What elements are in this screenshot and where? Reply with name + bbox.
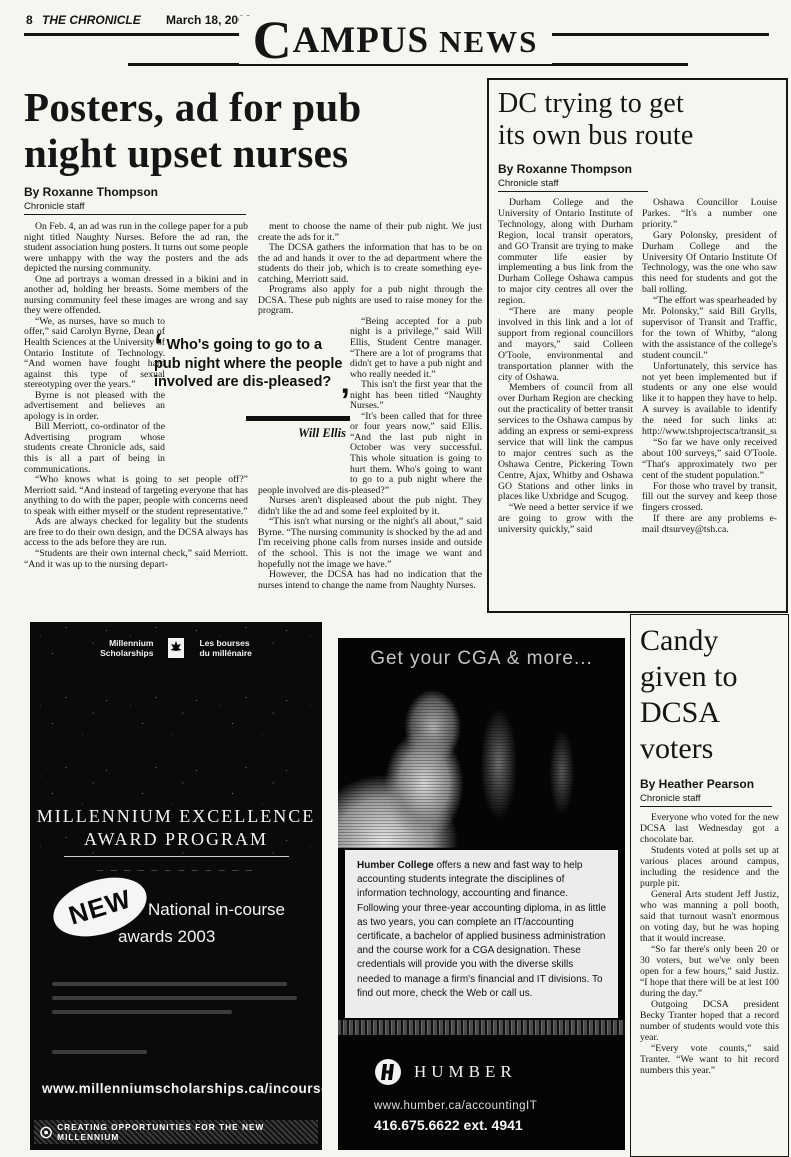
pull-quote-rule: [246, 416, 350, 421]
paragraph: Members of council from all over Durham …: [498, 383, 633, 503]
newspaper-page: 8 THE CHRONICLE March 18, 2003 CAMPUSNEW…: [0, 0, 791, 1157]
section-masthead: CAMPUSNEWS: [0, 16, 791, 64]
paragraph: For those who travel by transit, fill ou…: [642, 482, 777, 515]
paragraph: Students voted at polls set up at variou…: [640, 845, 779, 889]
paragraph: “The effort was spearheaded by Mr. Polon…: [642, 296, 777, 361]
paragraph: “Who knows what is going to set people o…: [24, 475, 248, 517]
paragraph: “We need a better service if we are goin…: [498, 503, 633, 536]
paragraph: “There are many people involved in this …: [498, 307, 633, 383]
canada-flag-icon: [161, 638, 191, 658]
humber-ad-tagline: Get your CGA & more...: [338, 648, 625, 670]
illegible-text-bar: [52, 996, 297, 1000]
masthead-word2: NEWS: [439, 24, 538, 59]
pull-quote-text: Who's going to go to a pub night where t…: [154, 337, 343, 390]
candy-body: Everyone who voted for the new DCSA last…: [640, 812, 779, 1076]
program-name-line2: awards 2003: [118, 927, 215, 947]
paragraph: Oshawa Councillor Louise Parkes. “It's a…: [642, 198, 777, 231]
paragraph: “Every vote counts,” said Tranter. “We w…: [640, 1043, 779, 1076]
humber-ad-body: Humber College offers a new and fast way…: [345, 850, 618, 1018]
paragraph: “So far there's only been 20 or 30 voter…: [640, 944, 779, 999]
humber-ad-photo: [338, 680, 625, 848]
humber-ad-phone: 416.675.6622 ext. 4941: [374, 1117, 523, 1133]
millennium-logo-text-fr: Les bourses du millénaire: [199, 638, 251, 658]
article-candy-voters: Candy given to DCSA voters By Heather Pe…: [630, 614, 789, 1157]
paragraph: “Students are their own internal check,”…: [24, 549, 248, 570]
article-bus-route: DC trying to get its own bus route By Ro…: [487, 78, 788, 613]
paragraph: Programs also apply for a pub night thro…: [258, 285, 482, 317]
illegible-text-bar: [52, 1050, 147, 1054]
paragraph: Durham College and the University of Ont…: [498, 198, 633, 307]
paragraph: Outgoing DCSA president Becky Tranter ho…: [640, 999, 779, 1043]
paragraph: If there are any problems e-mail dtsurve…: [642, 514, 777, 536]
millennium-footer-icon: [40, 1126, 52, 1139]
humber-brand-name: HUMBER: [414, 1062, 517, 1082]
paragraph: The DCSA gathers the information that ha…: [258, 243, 482, 285]
paragraph: One ad portrays a woman dressed in a bik…: [24, 275, 248, 317]
paragraph: However, the DCSA has had no indication …: [258, 570, 482, 591]
paragraph: On Feb. 4, an ad was run in the college …: [24, 222, 248, 275]
paragraph: General Arts student Jeff Justiz, who wa…: [640, 889, 779, 944]
masthead-initial: C: [253, 10, 293, 70]
lead-columns: On Feb. 4, an ad was run in the college …: [24, 222, 482, 612]
candy-headline: Candy given to DCSA voters: [640, 623, 779, 767]
humber-ad-url: www.humber.ca/accountingIT: [374, 1100, 537, 1112]
humber-logo-icon: [374, 1058, 402, 1086]
bus-column-1: Durham College and the University of Ont…: [498, 198, 633, 613]
bus-headline: DC trying to get its own bus route: [498, 88, 777, 152]
program-name-line1: National in-course: [148, 900, 316, 920]
paragraph: ment to choose the name of their pub nig…: [258, 222, 482, 243]
millennium-scholarships-ad: Millennium Scholarships Les bourses du m…: [30, 622, 322, 1150]
millennium-ad-url: www.millenniumscholarships.ca/incourse: [42, 1081, 322, 1096]
close-quote-mark: ’: [154, 394, 350, 408]
humber-college-ad: Get your CGA & more... Humber College of…: [338, 638, 625, 1150]
illegible-text-bar: [52, 1010, 232, 1014]
article-posters-pub-night: Posters, ad for pub night upset nurses B…: [24, 84, 482, 612]
paragraph: Unfortunately, this service has not yet …: [642, 362, 777, 438]
illegible-text-bar: [52, 982, 287, 986]
millennium-logo: Millennium Scholarships Les bourses du m…: [30, 638, 322, 658]
humber-logo-row: HUMBER: [374, 1058, 517, 1086]
title-rule: [64, 856, 289, 857]
masthead-rest: AMPUS: [293, 20, 430, 61]
humber-ad-body-text: offers a new and fast way to help accoun…: [357, 860, 606, 999]
candy-byline: By Heather Pearson Chronicle staff: [640, 775, 772, 807]
bus-columns: Durham College and the University of Ont…: [498, 198, 777, 613]
paragraph: “So far we have only received about 100 …: [642, 438, 777, 482]
title-subtext-illegible: — — — — — — — — — — — —: [30, 860, 322, 883]
paragraph: Nurses aren't displeased about the pub n…: [258, 496, 482, 517]
paragraph: Ads are always checked for legality but …: [24, 517, 248, 549]
lead-byline: By Roxanne Thompson Chronicle staff: [24, 183, 246, 215]
millennium-logo-text-en: Millennium Scholarships: [100, 638, 153, 658]
pull-quote-attribution: Will Ellis: [154, 424, 350, 443]
paragraph: Gary Polonsky, president of Durham Colle…: [642, 231, 777, 296]
paragraph: Everyone who voted for the new DCSA last…: [640, 812, 779, 845]
humber-ad-body-lead: Humber College: [357, 860, 434, 871]
lead-headline: Posters, ad for pub night upset nurses: [24, 84, 482, 176]
pull-quote: ‘Who's going to go to a pub night where …: [154, 336, 350, 442]
bus-column-2: Oshawa Councillor Louise Parkes. “It's a…: [642, 198, 777, 613]
millennium-ad-footer: CREATING OPPORTUNITIES FOR THE NEW MILLE…: [34, 1120, 318, 1144]
humber-ad-noise-band: [338, 1020, 625, 1035]
bus-byline: By Roxanne Thompson Chronicle staff: [498, 160, 648, 192]
paragraph: “This isn't what nursing or the night's …: [258, 517, 482, 570]
millennium-ad-title: MILLENNIUM EXCELLENCE AWARD PROGRAM — — …: [30, 805, 322, 883]
